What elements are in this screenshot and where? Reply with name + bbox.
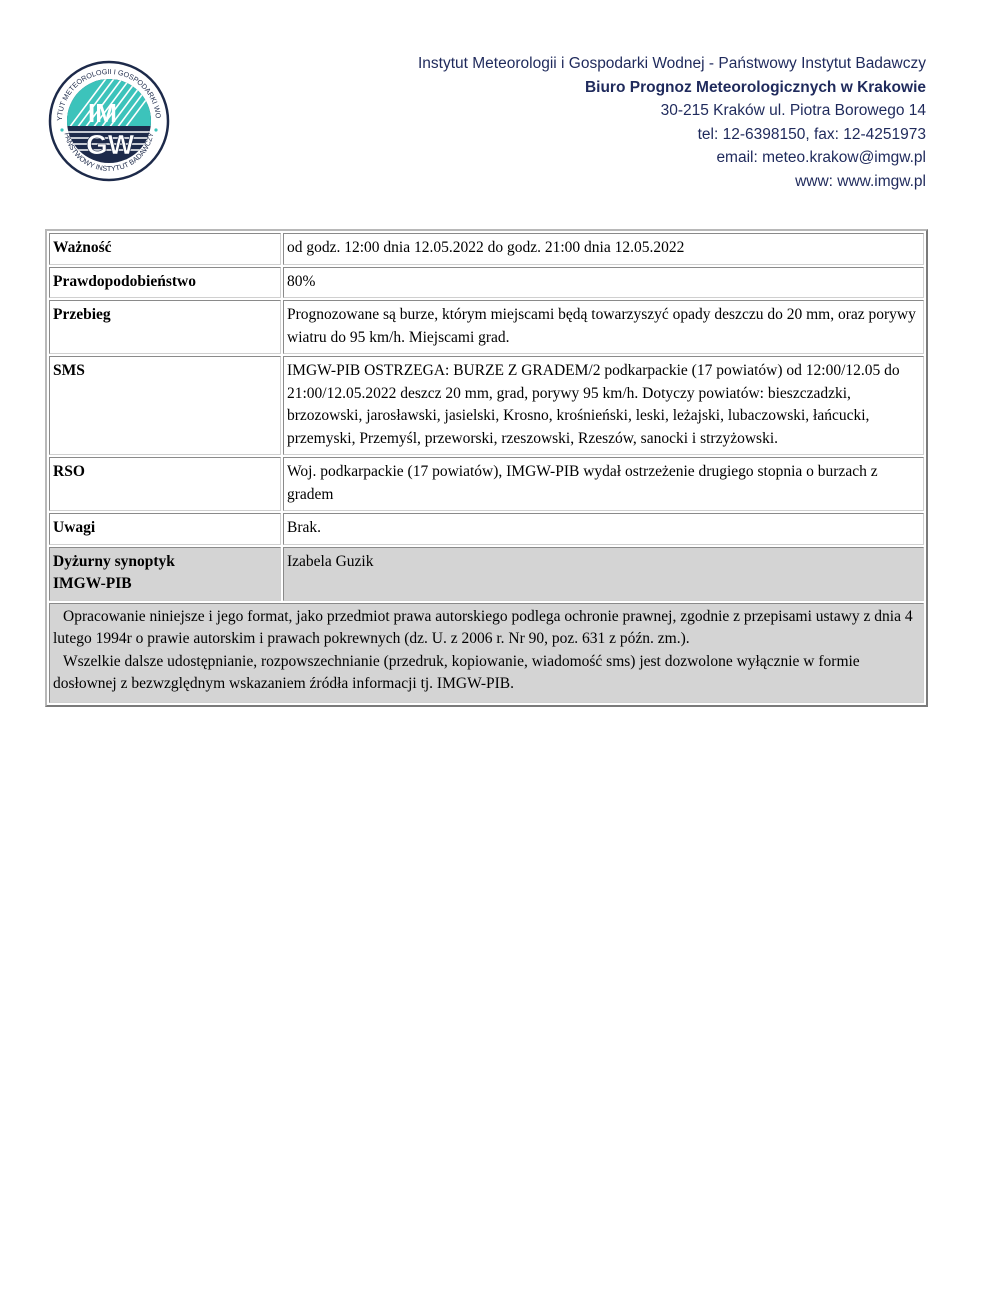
row-value: Woj. podkarpackie (17 powiatów), IMGW-PI… — [283, 457, 924, 511]
imgw-logo: IM GW INSTYTUT METEOROLOGII I GOSPODARKI… — [48, 60, 170, 182]
website[interactable]: www: www.imgw.pl — [418, 170, 926, 194]
row-label: Przebieg — [49, 300, 281, 354]
institute-name: Instytut Meteorologii i Gospodarki Wodne… — [418, 52, 926, 76]
office-name: Biuro Prognoz Meteorologicznych w Krakow… — [418, 76, 926, 100]
copyright-paragraph-2: Wszelkie dalsze udostępnianie, rozpowsze… — [53, 651, 920, 696]
row-label: Ważność — [49, 233, 281, 265]
copyright-notice: Opracowanie niniejsze i jego format, jak… — [49, 603, 924, 703]
address: 30-215 Kraków ul. Piotra Borowego 14 — [418, 99, 926, 123]
row-label: Prawdopodobieństwo — [49, 267, 281, 299]
institute-header: Instytut Meteorologii i Gospodarki Wodne… — [418, 52, 926, 194]
copyright-paragraph-1: Opracowanie niniejsze i jego format, jak… — [53, 606, 920, 651]
table-row-course: Przebieg Prognozowane są burze, którym m… — [49, 300, 924, 354]
synoptic-name: Izabela Guzik — [283, 547, 924, 601]
warning-table: Ważność od godz. 12:00 dnia 12.05.2022 d… — [45, 229, 928, 707]
row-value: IMGW-PIB OSTRZEGA: BURZE Z GRADEM/2 podk… — [283, 356, 924, 455]
synoptic-label-line1: Dyżurny synoptyk — [53, 551, 277, 574]
row-label: RSO — [49, 457, 281, 511]
imgw-logo-icon: IM GW INSTYTUT METEOROLOGII I GOSPODARKI… — [48, 60, 170, 182]
table-row-copyright: Opracowanie niniejsze i jego format, jak… — [49, 603, 924, 703]
synoptic-label-line2: IMGW-PIB — [53, 573, 277, 596]
table-row-probability: Prawdopodobieństwo 80% — [49, 267, 924, 299]
table-row-sms: SMS IMGW-PIB OSTRZEGA: BURZE Z GRADEM/2 … — [49, 356, 924, 455]
row-label: SMS — [49, 356, 281, 455]
row-value: 80% — [283, 267, 924, 299]
table-row-rso: RSO Woj. podkarpackie (17 powiatów), IMG… — [49, 457, 924, 511]
email[interactable]: email: meteo.krakow@imgw.pl — [418, 146, 926, 170]
row-value: od godz. 12:00 dnia 12.05.2022 do godz. … — [283, 233, 924, 265]
table-row-validity: Ważność od godz. 12:00 dnia 12.05.2022 d… — [49, 233, 924, 265]
svg-text:IM: IM — [88, 98, 117, 128]
svg-text:GW: GW — [86, 129, 135, 160]
phone-fax: tel: 12-6398150, fax: 12-4251973 — [418, 123, 926, 147]
row-value: Prognozowane są burze, którym miejscami … — [283, 300, 924, 354]
table-row-synoptic: Dyżurny synoptyk IMGW-PIB Izabela Guzik — [49, 547, 924, 601]
row-label: Uwagi — [49, 513, 281, 545]
synoptic-label: Dyżurny synoptyk IMGW-PIB — [49, 547, 281, 601]
table-row-remarks: Uwagi Brak. — [49, 513, 924, 545]
row-value: Brak. — [283, 513, 924, 545]
